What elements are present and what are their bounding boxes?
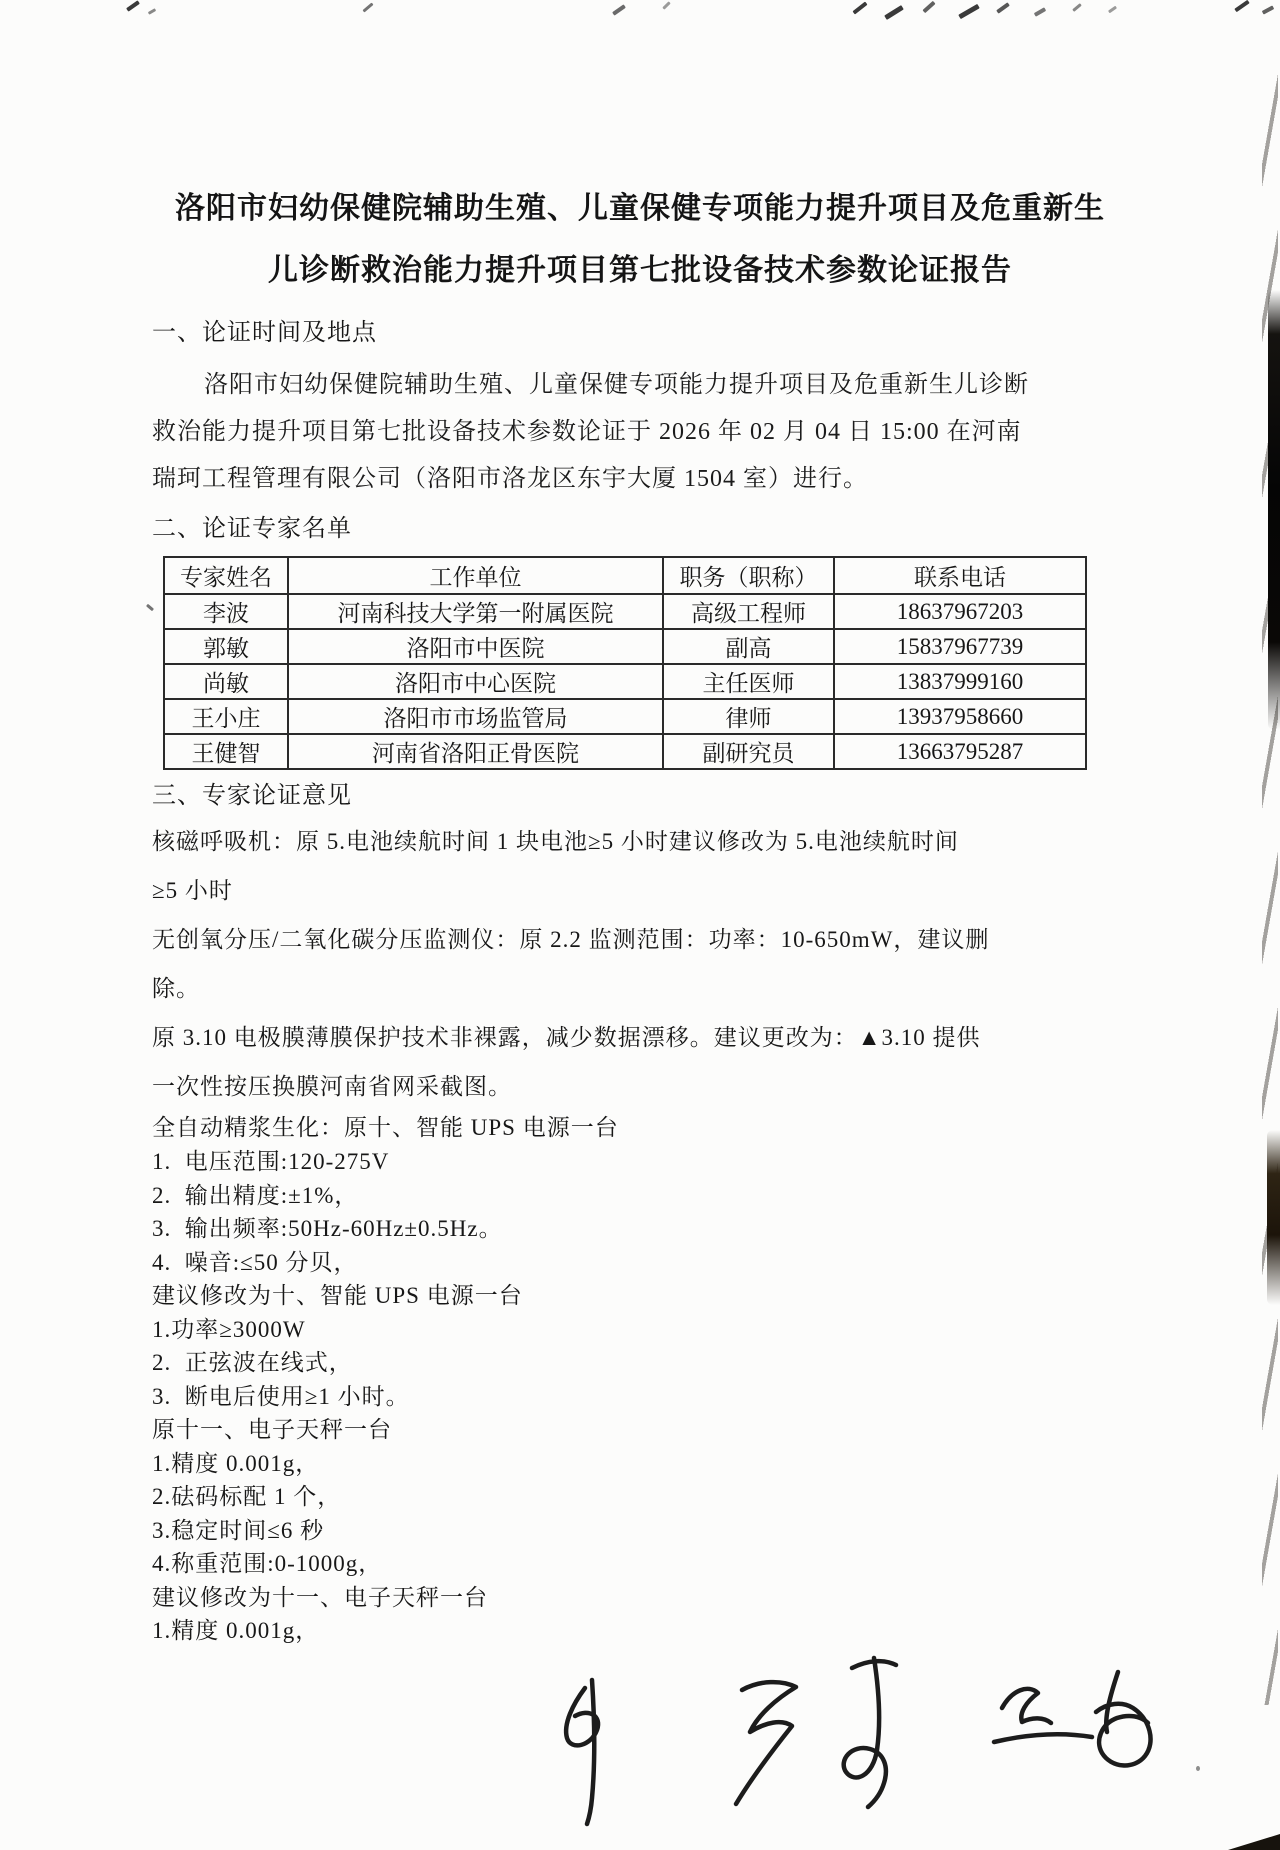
opinion-line: 1.精度 0.001g， — [152, 1614, 1132, 1648]
table-cell-name: 李波 — [164, 594, 288, 629]
scan-mark — [1262, 5, 1274, 14]
table-cell-title: 副高 — [663, 629, 834, 664]
table-cell-title: 律师 — [663, 699, 834, 734]
opinion-line: 4. 噪音:≤50 分贝， — [152, 1246, 1132, 1280]
scan-edge-shadow — [1268, 290, 1280, 730]
opinion-line: 3. 输出频率:50Hz-60Hz±0.5Hz。 — [152, 1212, 1132, 1246]
opinion-line: 1.精度 0.001g， — [152, 1447, 1132, 1481]
table-cell-phone: 15837967739 — [834, 629, 1086, 664]
scan-mark — [1108, 6, 1117, 14]
table-cell-phone: 18637967203 — [834, 594, 1086, 629]
opinion-line: 原 3.10 电极膜薄膜保护技术非裸露，减少数据漂移。建议更改为：▲3.10 提… — [152, 1013, 1132, 1062]
doc-title-line1: 洛阳市妇幼保健院辅助生殖、儿童保健专项能力提升项目及危重新生 — [0, 186, 1280, 232]
opinion-line: 3.稳定时间≤6 秒 — [152, 1514, 1132, 1548]
table-header-cell: 职务（职称） — [663, 557, 834, 594]
opinion-line: 3. 断电后使用≥1 小时。 — [152, 1380, 1132, 1414]
handwritten-signature-1 — [566, 1680, 598, 1824]
section3-opinions: 核磁呼吸机：原 5.电池续航时间 1 块电池≥5 小时建议修改为 5.电池续航时… — [152, 817, 1132, 1648]
table-cell-phone: 13663795287 — [834, 734, 1086, 769]
opinion-line: 1.功率≥3000W — [152, 1313, 1132, 1347]
doc-title-line2: 儿诊断救治能力提升项目第七批设备技术参数论证报告 — [0, 248, 1280, 294]
scan-mark — [922, 1, 935, 13]
opinion-line: 1. 电压范围:120-275V — [152, 1145, 1132, 1179]
table-header-cell: 工作单位 — [288, 557, 663, 594]
expert-table: 专家姓名 工作单位 职务（职称） 联系电话 李波 河南科技大学第一附属医院 高级… — [163, 556, 1087, 770]
table-cell-title: 高级工程师 — [663, 594, 834, 629]
table-cell-org: 洛阳市中医院 — [288, 629, 663, 664]
scan-speck — [1196, 1766, 1200, 1771]
table-cell-name: 王健智 — [164, 734, 288, 769]
section1-paragraph: 洛阳市妇幼保健院辅助生殖、儿童保健专项能力提升项目及危重新生儿诊断 救治能力提升… — [152, 362, 1092, 503]
opinion-line: 4.称重范围:0-1000g， — [152, 1547, 1132, 1581]
scan-corner-shadow — [1228, 1834, 1280, 1850]
scan-mark — [1072, 3, 1082, 12]
scan-mark — [1034, 7, 1046, 16]
section1-line: 救治能力提升项目第七批设备技术参数论证于 2026 年 02 月 04 日 15… — [152, 409, 1092, 456]
opinion-line: 建议修改为十、智能 UPS 电源一台 — [152, 1279, 1132, 1313]
scan-mark — [884, 5, 904, 20]
table-row: 郭敏 洛阳市中医院 副高 15837967739 — [164, 629, 1086, 664]
table-row: 王健智 河南省洛阳正骨医院 副研究员 13663795287 — [164, 734, 1086, 769]
scan-mark — [852, 1, 867, 14]
table-cell-phone: 13837999160 — [834, 664, 1086, 699]
scan-mark — [146, 604, 154, 611]
scan-edge-bleedthrough — [1262, 55, 1278, 1705]
opinion-line: 2. 正弦波在线式， — [152, 1346, 1132, 1380]
table-cell-name: 王小庄 — [164, 699, 288, 734]
table-cell-phone: 13937958660 — [834, 699, 1086, 734]
scan-mark — [958, 4, 980, 19]
scan-edge-shadow-lower — [1267, 1130, 1280, 1305]
table-header-cell: 联系电话 — [834, 557, 1086, 594]
section1-line: 瑞珂工程管理有限公司（洛阳市洛龙区东宇大厦 1504 室）进行。 — [152, 456, 1092, 503]
handwritten-signature-4 — [994, 1672, 1151, 1765]
table-row: 尚敏 洛阳市中心医院 主任医师 13837999160 — [164, 664, 1086, 699]
table-cell-name: 郭敏 — [164, 629, 288, 664]
opinion-line: 原十一、电子天秤一台 — [152, 1413, 1132, 1447]
table-cell-title: 副研究员 — [663, 734, 834, 769]
table-cell-name: 尚敏 — [164, 664, 288, 699]
scan-mark — [362, 2, 373, 12]
table-row: 王小庄 洛阳市市场监管局 律师 13937958660 — [164, 699, 1086, 734]
scan-mark — [1234, 0, 1249, 12]
section2-heading: 二、论证专家名单 — [152, 514, 352, 544]
table-cell-org: 洛阳市市场监管局 — [288, 699, 663, 734]
section1-line: 洛阳市妇幼保健院辅助生殖、儿童保健专项能力提升项目及危重新生儿诊断 — [152, 362, 1092, 409]
scan-mark — [996, 2, 1010, 13]
opinion-line: 建议修改为十一、电子天秤一台 — [152, 1581, 1132, 1615]
table-header-cell: 专家姓名 — [164, 557, 288, 594]
handwritten-signature-2 — [736, 1682, 796, 1804]
opinion-line: 无创氧分压/二氧化碳分压监测仪：原 2.2 监测范围：功率：10-650mW，建… — [152, 915, 1132, 964]
opinion-line: 一次性按压换膜河南省网采截图。 — [152, 1062, 1132, 1111]
scan-mark — [126, 0, 140, 11]
section3-heading: 三、专家论证意见 — [152, 781, 352, 811]
scan-mark — [148, 8, 156, 15]
opinion-line: 2. 输出精度:±1%， — [152, 1179, 1132, 1213]
scan-mark — [662, 1, 670, 9]
table-header-row: 专家姓名 工作单位 职务（职称） 联系电话 — [164, 557, 1086, 594]
table-row: 李波 河南科技大学第一附属医院 高级工程师 18637967203 — [164, 594, 1086, 629]
table-cell-org: 河南省洛阳正骨医院 — [288, 734, 663, 769]
section1-heading: 一、论证时间及地点 — [152, 318, 377, 348]
handwritten-signature-3 — [844, 1658, 896, 1807]
opinion-line: 2.砝码标配 1 个， — [152, 1480, 1132, 1514]
scan-mark — [612, 4, 626, 15]
handwritten-signatures — [470, 1650, 1190, 1850]
opinion-line: 除。 — [152, 964, 1132, 1013]
table-cell-org: 洛阳市中心医院 — [288, 664, 663, 699]
opinion-line: ≥5 小时 — [152, 866, 1132, 915]
table-cell-title: 主任医师 — [663, 664, 834, 699]
table-cell-org: 河南科技大学第一附属医院 — [288, 594, 663, 629]
opinion-line: 核磁呼吸机：原 5.电池续航时间 1 块电池≥5 小时建议修改为 5.电池续航时… — [152, 817, 1132, 866]
opinion-line: 全自动精浆生化：原十、智能 UPS 电源一台 — [152, 1111, 1132, 1145]
